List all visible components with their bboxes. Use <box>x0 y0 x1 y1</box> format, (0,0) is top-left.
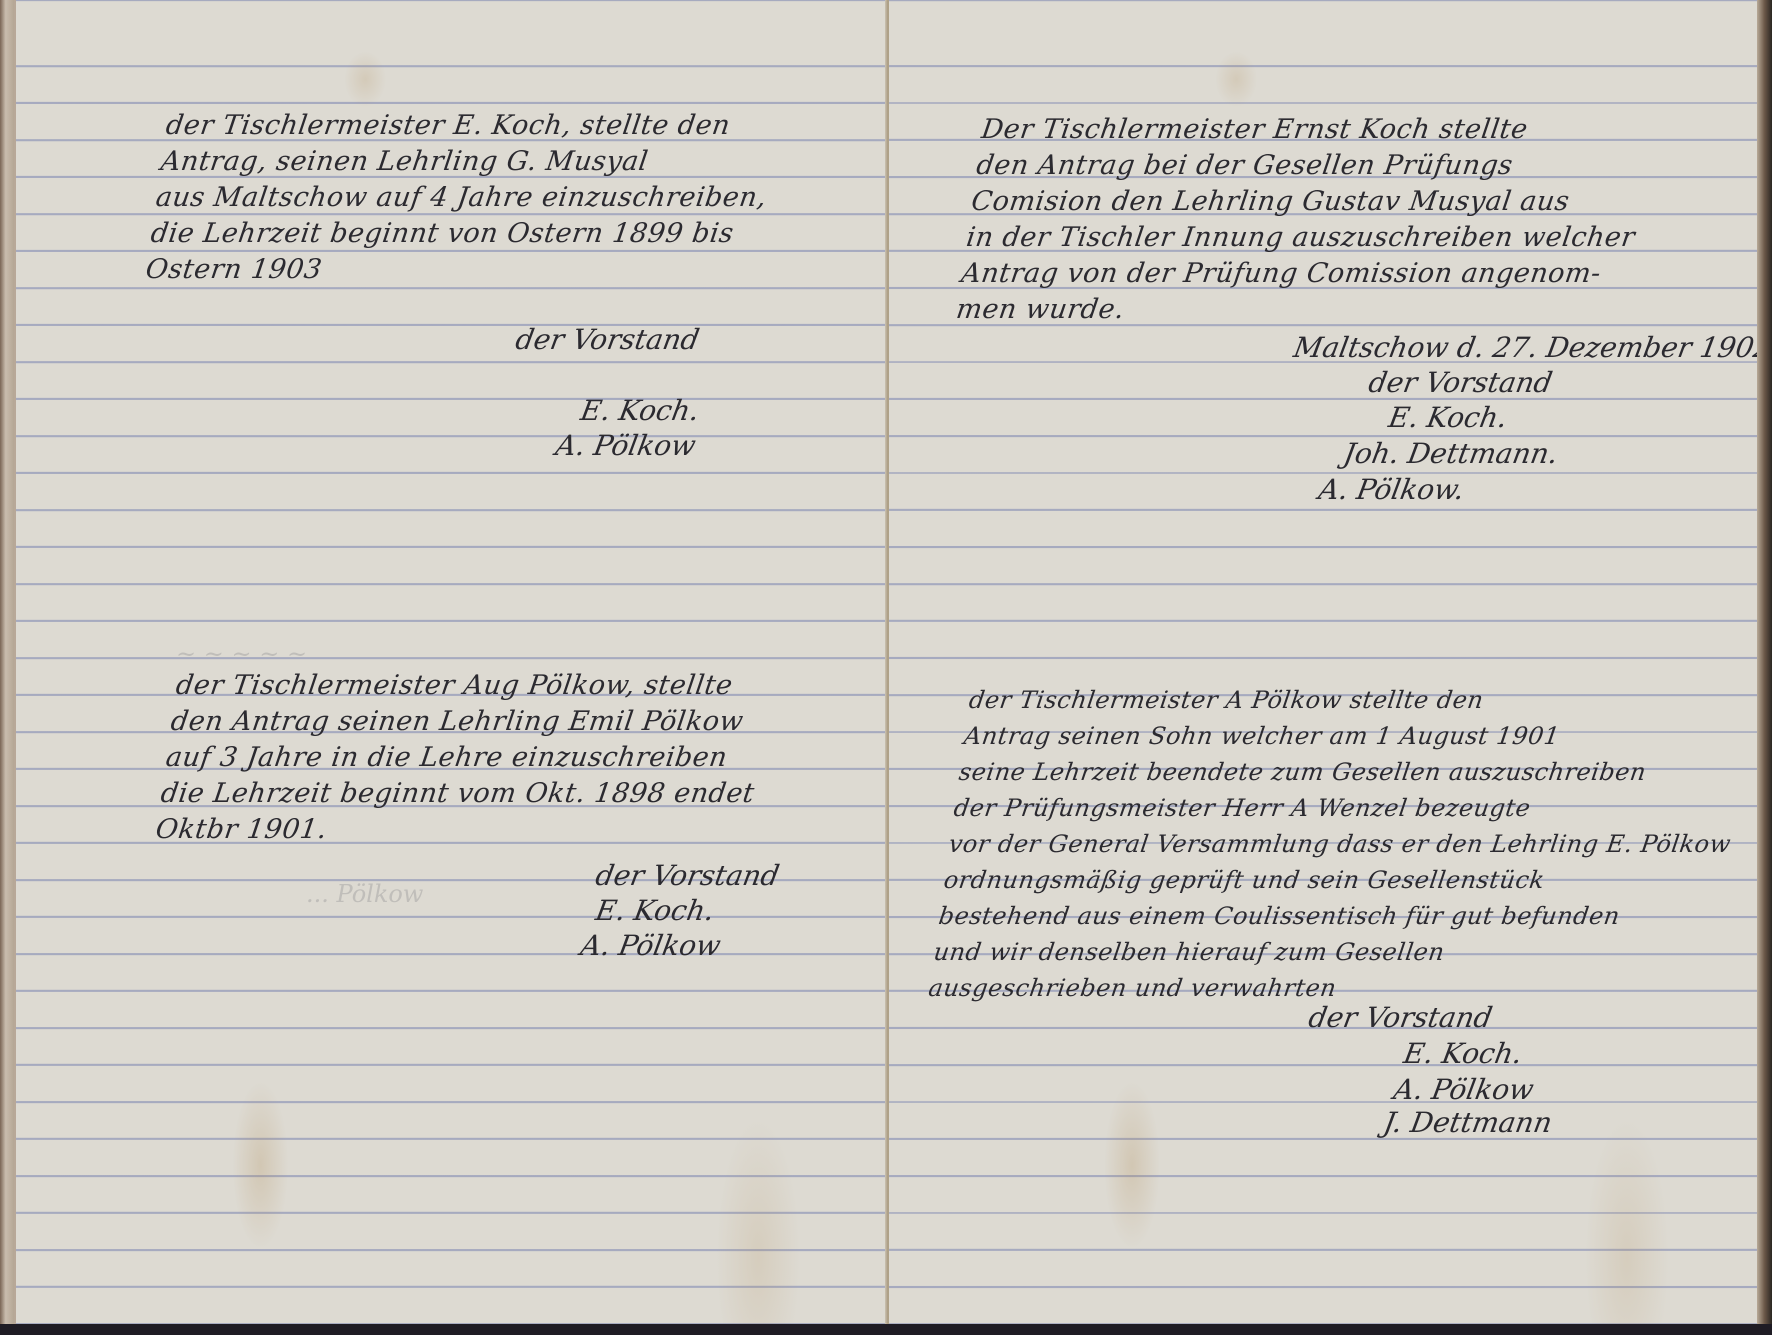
signature-name: A. Pölkow <box>578 928 724 964</box>
text-line: Ostern 1903 <box>143 252 758 288</box>
left-entry-1-text: der Tischlermeister E. Koch, stellte den… <box>143 108 779 288</box>
text-line: men wurde. <box>954 292 1627 328</box>
signature-name: J. Dettmann <box>1381 1105 1555 1141</box>
text-line: seine Lehrzeit beendete zum Gesellen aus… <box>957 754 1744 790</box>
text-line: Oktbr 1901. <box>153 812 751 848</box>
book-cover-edge-left <box>0 0 14 1326</box>
text-line: der Tischlermeister A Pölkow stellte den <box>967 682 1754 718</box>
text-line: Antrag, seinen Lehrling G. Musyal <box>159 144 774 180</box>
signature-name: Joh. Dettmann. <box>1341 436 1561 472</box>
text-line: und wir denselben hierauf zum Gesellen <box>931 934 1718 970</box>
text-line: bestehend aus einem Coulissentisch für g… <box>936 898 1723 934</box>
text-line: die Lehrzeit beginnt vom Okt. 1898 endet <box>158 776 756 812</box>
text-line: die Lehrzeit beginnt von Ostern 1899 bis <box>148 216 763 252</box>
text-line: aus Maltschow auf 4 Jahre einzuschreiben… <box>153 180 768 216</box>
left-entry-2-signature-heading: der Vorstand <box>593 858 782 894</box>
right-entry-1-text: Der Tischlermeister Ernst Koch stellte d… <box>954 112 1653 328</box>
text-line: in der Tischler Innung auszuschreiben we… <box>964 220 1637 256</box>
text-line: Antrag von der Prüfung Comission angenom… <box>959 256 1632 292</box>
right-page: Der Tischlermeister Ernst Koch stellte d… <box>889 0 1760 1324</box>
left-entry-1-signature-heading: der Vorstand <box>513 322 702 358</box>
signature-name: E. Koch. <box>1386 400 1510 436</box>
right-entry-1-signature-heading: der Vorstand <box>1366 365 1555 401</box>
text-line: den Antrag bei der Gesellen Prüfungs <box>974 148 1647 184</box>
right-entry-1-place-date: Maltschow d. 27. Dezember 1902 <box>1291 330 1760 366</box>
signature-name: E. Koch. <box>1401 1036 1525 1072</box>
text-line: den Antrag seinen Lehrling Emil Pölkow <box>169 704 767 740</box>
right-entry-2-signature-heading: der Vorstand <box>1306 1000 1495 1036</box>
faded-bleedthrough-text: ~ ~ ~ ~ ~ <box>176 640 307 668</box>
text-line: vor der General Versammlung dass er den … <box>946 826 1733 862</box>
text-line: Comision den Lehrling Gustav Musyal aus <box>969 184 1642 220</box>
signature-name: A. Pölkow <box>1391 1072 1537 1108</box>
text-line: der Tischlermeister E. Koch, stellte den <box>164 108 779 144</box>
signature-name: E. Koch. <box>593 893 717 929</box>
background-surface <box>0 1324 1772 1335</box>
open-ledger-book: der Tischlermeister E. Koch, stellte den… <box>0 0 1766 1326</box>
signature-name: A. Pölkow. <box>1316 472 1467 508</box>
signature-name: E. Koch. <box>578 393 702 429</box>
text-line: Der Tischlermeister Ernst Koch stellte <box>979 112 1652 148</box>
text-line: Antrag seinen Sohn welcher am 1 August 1… <box>962 718 1749 754</box>
right-entry-2-text: der Tischlermeister A Pölkow stellte den… <box>926 682 1753 1006</box>
book-cover-edge-right <box>1757 0 1772 1335</box>
left-entry-2-text: der Tischlermeister Aug Pölkow, stellte … <box>153 668 772 848</box>
faded-bleedthrough-text: ... Pölkow <box>306 880 423 908</box>
signature-name: A. Pölkow <box>553 428 699 464</box>
text-line: der Tischlermeister Aug Pölkow, stellte <box>174 668 772 704</box>
text-line: ordnungsmäßig geprüft und sein Gesellens… <box>941 862 1728 898</box>
text-line: der Prüfungsmeister Herr A Wenzel bezeug… <box>952 790 1739 826</box>
left-page: der Tischlermeister E. Koch, stellte den… <box>14 0 889 1324</box>
text-line: auf 3 Jahre in die Lehre einzuschreiben <box>163 740 761 776</box>
